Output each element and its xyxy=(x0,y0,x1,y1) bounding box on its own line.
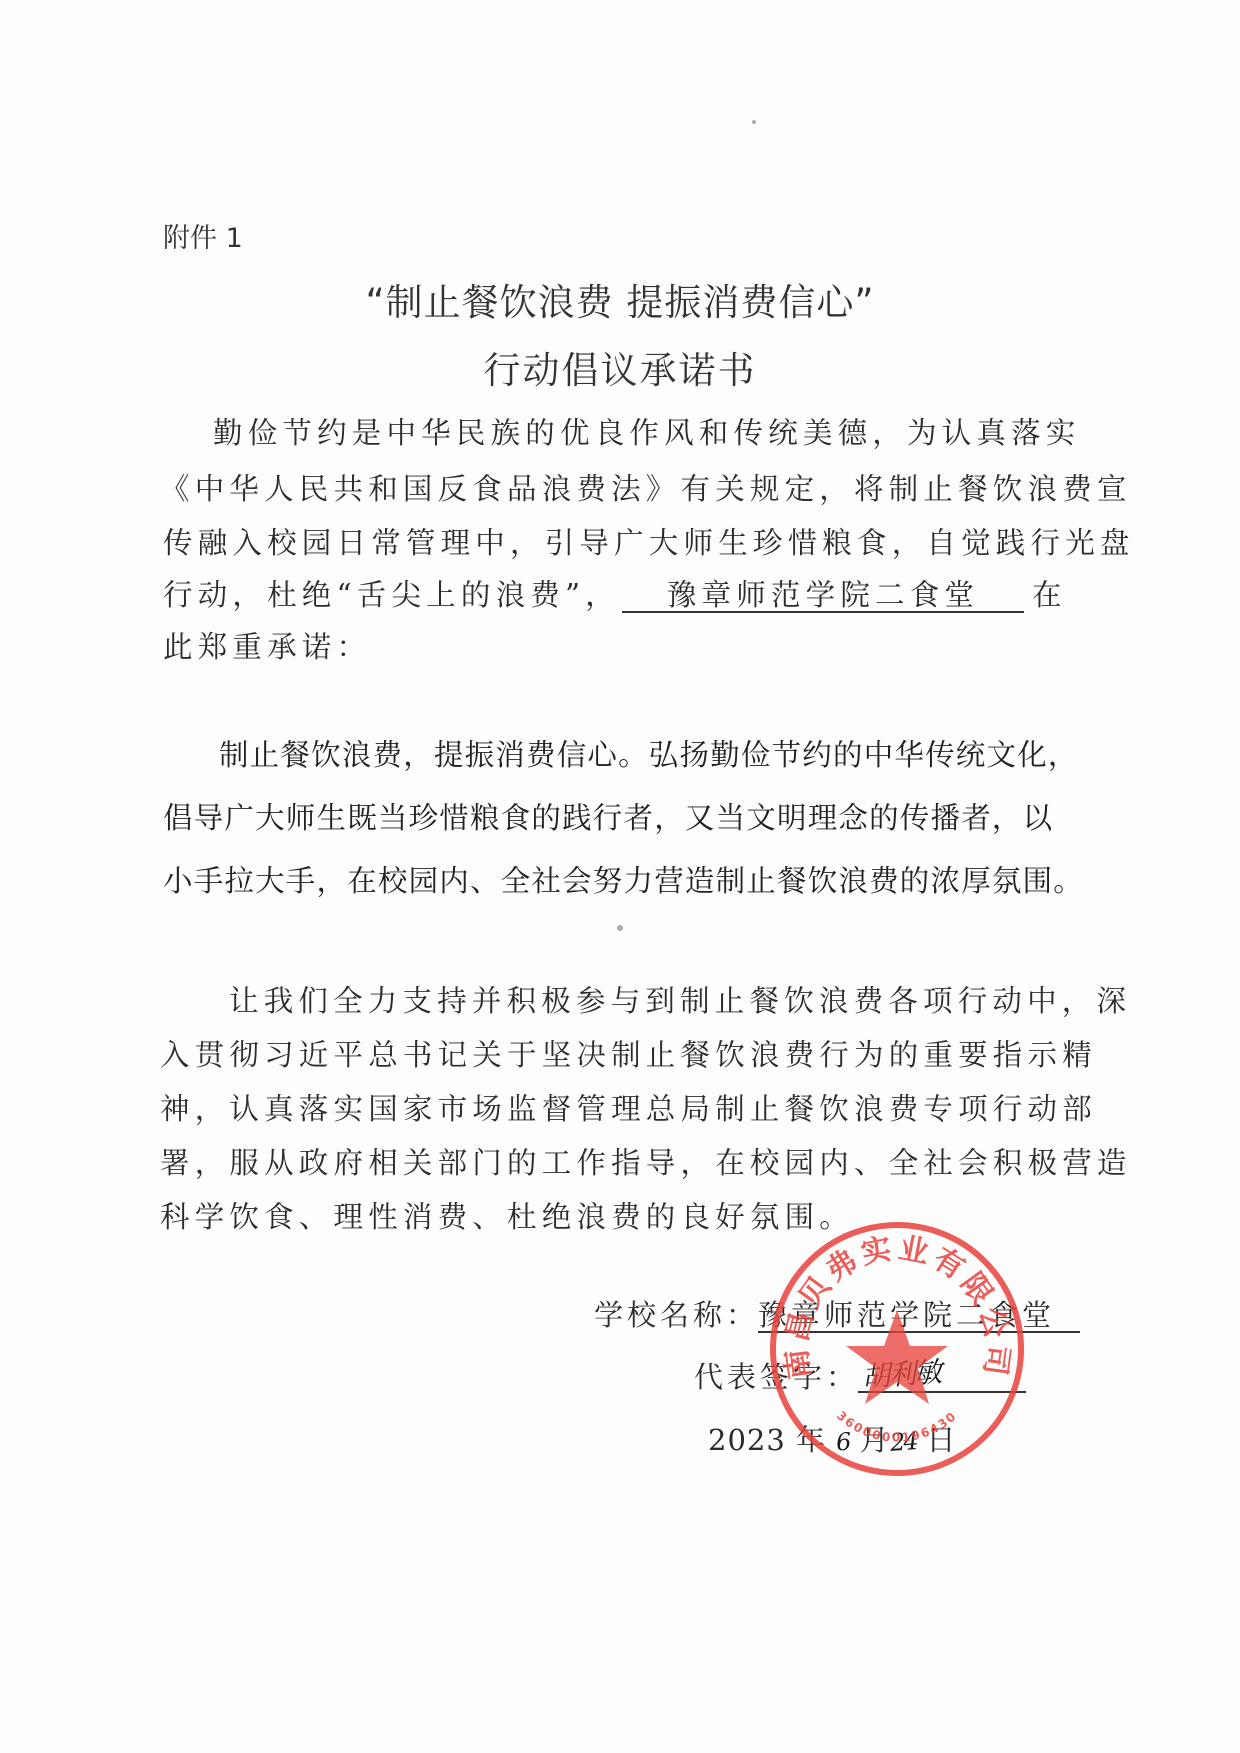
paragraph-line: 让我们全力支持并积极参与到制止餐饮浪费各项行动中，深 xyxy=(229,978,1131,1020)
paragraph-line: 《中华人民共和国反食品浪费法》有关规定，将制止餐饮浪费宣 xyxy=(160,466,1132,508)
paragraph-line: 神，认真落实国家市场监督管理总局制止餐饮浪费专项行动部 xyxy=(160,1086,1097,1128)
paragraph-line: 行动，杜绝“舌尖上的浪费”，豫章师范学院二食堂在 xyxy=(163,572,1067,614)
date-month-suffix: 月 xyxy=(860,1423,890,1457)
school-name-value: 豫章师范学院二食堂 xyxy=(758,1293,1055,1334)
filled-canteen-name: 豫章师范学院二食堂 xyxy=(622,580,1024,613)
signing-date: 2023 年 6 月24 日 xyxy=(708,1418,957,1459)
school-name-label: 学校名称： xyxy=(594,1293,759,1334)
scan-speck xyxy=(617,925,623,931)
attachment-label: 附件 1 xyxy=(163,216,243,255)
paragraph-line: 署，服从政府相关部门的工作指导，在校园内、全社会积极营造 xyxy=(160,1140,1132,1182)
line-prefix: 行动，杜绝“舌尖上的浪费”， xyxy=(163,578,620,612)
date-day-suffix: 日 xyxy=(927,1423,957,1457)
paragraph-line: 传融入校园日常管理中，引导广大师生珍惜粮食，自觉践行光盘 xyxy=(163,520,1135,562)
paragraph-line: 入贯彻习近平总书记关于坚决制止餐饮浪费行为的重要指示精 xyxy=(160,1032,1097,1074)
scan-speck xyxy=(752,120,756,124)
date-year: 2023 xyxy=(708,1423,786,1457)
paragraph-line: 小手拉大手，在校园内、全社会努力营造制止餐饮浪费的浓厚氛围。 xyxy=(163,858,1084,900)
representative-label: 代表签字： xyxy=(694,1355,859,1396)
representative-signature: 胡利敏 xyxy=(861,1350,942,1395)
paragraph-line: 此郑重承诺： xyxy=(163,624,371,666)
line-suffix: 在 xyxy=(1032,578,1067,612)
document-title: “制止餐饮浪费 提振消费信心” xyxy=(0,272,1240,326)
document-subtitle: 行动倡议承诺书 xyxy=(0,340,1240,394)
date-month: 6 xyxy=(835,1428,850,1457)
document-page: 附件 1 “制止餐饮浪费 提振消费信心” 行动倡议承诺书 勤俭节约是中华民族的优… xyxy=(0,0,1240,1753)
paragraph-line: 科学饮食、理性消费、杜绝浪费的良好氛围。 xyxy=(160,1194,854,1236)
paragraph-line: 勤俭节约是中华民族的优良作风和传统美德，为认真落实 xyxy=(213,410,1081,452)
date-day: 24 xyxy=(889,1427,917,1457)
date-year-suffix: 年 xyxy=(796,1423,826,1457)
school-name-underline xyxy=(758,1331,1080,1333)
paragraph-line: 倡导广大师生既当珍惜粮食的践行者，又当文明理念的传播者，以 xyxy=(163,795,1053,837)
paragraph-line: 制止餐饮浪费，提振消费信心。弘扬勤俭节约的中华传统文化， xyxy=(219,732,1079,774)
signature-underline xyxy=(858,1391,1026,1393)
